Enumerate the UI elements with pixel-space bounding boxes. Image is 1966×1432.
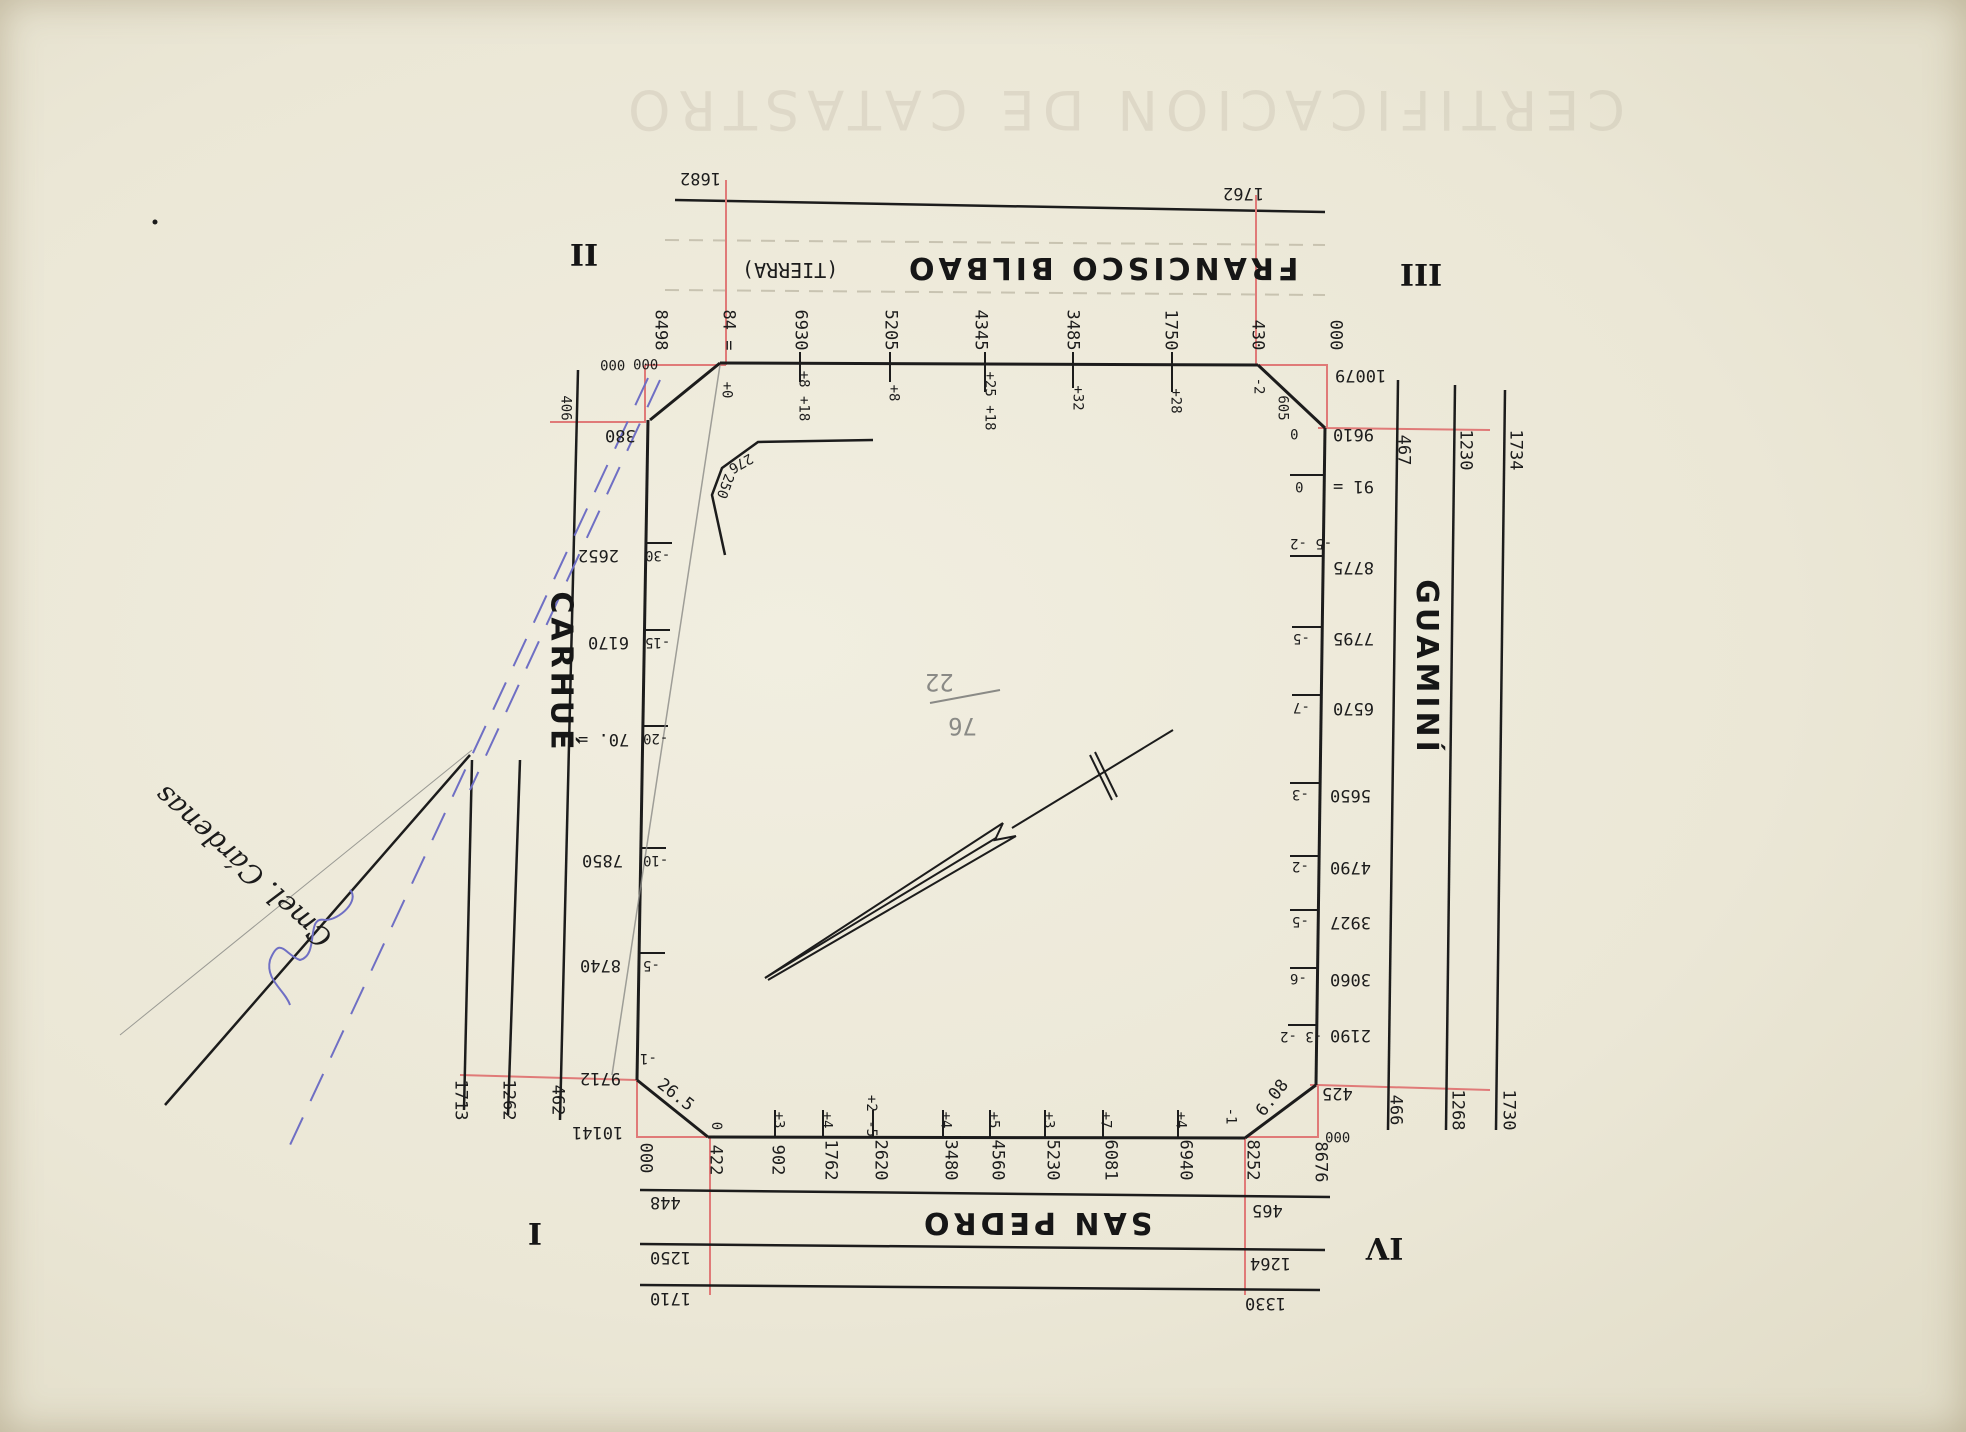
scanned-sheet: CERTIFICACION DE CATASTRO (0, 0, 1966, 1432)
quadrant-label-bottom-left: I (528, 1215, 542, 1250)
right-chainage: 9610 (1333, 424, 1374, 444)
left-outer-dim-top: 406 (558, 395, 574, 420)
right-offset: -7 (1293, 699, 1310, 715)
top-outer-dim-left: 1682 (680, 168, 721, 188)
street-note-top: (TIERRA) (742, 258, 838, 282)
right-corner-top: 10079 (1335, 365, 1386, 385)
pencil-fraction-denominator: 76 (948, 712, 977, 740)
stray-dot (153, 220, 158, 225)
bottom-chainage: 2620 (870, 1140, 890, 1181)
left-chainage: 8740 (580, 955, 621, 975)
bottom-outer-dim-right: 1264 (1250, 1253, 1291, 1273)
left-outer-dim-bottom: 1262 (498, 1080, 518, 1121)
bottom-offset: +5 (985, 1112, 1001, 1129)
bottom-offset: +3 (770, 1112, 786, 1129)
top-offset: +25 +18 (982, 371, 998, 430)
top-chainage: 84 = (718, 310, 738, 351)
guamini-street-lines (1388, 380, 1505, 1130)
bottom-outer-dim-right: 465 (1252, 1200, 1283, 1220)
bottom-chainage: 6081 (1100, 1140, 1120, 1181)
bottom-outer-dim-left: 448 (650, 1192, 681, 1212)
north-arrow (765, 730, 1173, 980)
right-offset: -6 (1290, 970, 1307, 986)
blue-dashed-line (290, 378, 660, 1145)
left-offset: -30 (645, 547, 670, 563)
top-corner-left: 8498 (650, 310, 670, 351)
bottom-corner-right: 8676 (1310, 1142, 1330, 1183)
top-chainage: 5205 (880, 310, 900, 351)
top-chainage: 430 (1247, 320, 1267, 351)
right-offset: 0 (1290, 425, 1298, 441)
street-name-bottom: SAN PEDRO (920, 1205, 1152, 1240)
top-offset: +28 (1168, 388, 1184, 413)
pencil-fraction-numerator: 22 (925, 668, 954, 696)
bottom-chainage: 902 (767, 1145, 787, 1176)
bottom-ticks (775, 1110, 1178, 1137)
right-outer-dim-top: 1230 (1455, 430, 1475, 471)
top-outer-dim-right: 1762 (1223, 183, 1264, 203)
left-offset: -1 (640, 1050, 657, 1066)
top-chainage: 6930 (790, 310, 810, 351)
right-outer-dim-bottom: 466 (1385, 1095, 1405, 1126)
bottom-outer-dim-left: 1250 (650, 1247, 691, 1267)
left-chainage: 9712 (580, 1068, 621, 1088)
bottom-offset: 0 (708, 1122, 724, 1130)
bottom-chainage: 8252 (1242, 1140, 1262, 1181)
right-offset: -3 -2 (1280, 1028, 1322, 1044)
right-chainage: 5650 (1330, 785, 1371, 805)
top-offset: -2 (1250, 378, 1266, 395)
right-outer-dim-top: 1734 (1505, 430, 1525, 471)
bottom-offset: +4 (937, 1112, 953, 1129)
right-chainage: 7795 (1333, 628, 1374, 648)
pencil-diagonal (612, 365, 720, 1075)
bottom-offset: -1 (1222, 1108, 1238, 1125)
left-outer-dim-bottom: 1713 (450, 1080, 470, 1121)
bottom-chainage: 4560 (987, 1140, 1007, 1181)
quadrant-label-top-left: II (570, 236, 598, 271)
street-name-left: CARHUÉ (544, 591, 579, 753)
top-offset: +8 (885, 385, 901, 402)
left-chainage: 2652 (578, 545, 619, 565)
left-chainage: 6170 (588, 632, 629, 652)
bottom-chainage: 5230 (1042, 1140, 1062, 1181)
right-chainage: 6570 (1333, 698, 1374, 718)
bottom-outer-dim-right: 1330 (1245, 1293, 1286, 1313)
left-corner-bottom: 10141 (572, 1122, 623, 1142)
block-outline (637, 363, 1325, 1138)
bottom-corner-left: 000 (635, 1143, 655, 1174)
right-offset: -3 (1292, 786, 1309, 802)
bottom-offset: +4 (818, 1112, 834, 1129)
right-chainage: 91 = (1333, 476, 1374, 496)
top-offset: +0 (718, 382, 734, 399)
left-offset: -20 (643, 730, 668, 746)
left-chainage: 70. = (578, 729, 629, 749)
right-outer-dim-bottom: 1268 (1447, 1090, 1467, 1131)
right-outer-dim-top: 467 (1393, 435, 1413, 466)
top-chainage: 3485 (1062, 310, 1082, 351)
right-chainage: 425 (1322, 1083, 1353, 1103)
bottom-offset: +3 (1040, 1112, 1056, 1129)
bottom-chainage: 3480 (940, 1140, 960, 1181)
left-offset: -10 (643, 852, 668, 868)
bottom-outer-dim-left: 1710 (650, 1288, 691, 1308)
bottom-chainage: 1762 (820, 1140, 840, 1181)
right-chainage: 3927 (1330, 912, 1371, 932)
right-offset: -2 (1292, 858, 1309, 874)
top-corner-left-zero: 000 (633, 355, 658, 371)
right-offset: -5 (1293, 630, 1310, 646)
right-chamfer: 605 (1275, 395, 1291, 420)
right-offset: -5 (1292, 913, 1309, 929)
bottom-chainage: 6940 (1175, 1140, 1195, 1181)
left-corner-top: 000 (600, 356, 625, 372)
quadrant-label-bottom-right: IV (1366, 1230, 1403, 1265)
right-outer-dim-bottom: 1730 (1498, 1090, 1518, 1131)
right-offset: 0 (1295, 478, 1303, 494)
top-corner-right: 000 (1325, 320, 1345, 351)
bottom-chainage: 422 (705, 1145, 725, 1176)
bottom-offset: +7 (1097, 1112, 1113, 1129)
street-name-top: FRANCISCO BILBAO (905, 250, 1298, 285)
top-offset: +32 (1070, 385, 1086, 410)
right-chainage: 2190 (1330, 1025, 1371, 1045)
left-outer-dim-bottom: 462 (547, 1085, 567, 1116)
top-chainage: 4345 (970, 310, 990, 351)
quadrant-label-top-right: III (1400, 256, 1442, 291)
left-offset: -5 (643, 957, 660, 973)
street-name-right: GUAMINÍ (1409, 579, 1444, 756)
right-offset: -5 -2 (1290, 535, 1332, 551)
left-offset: -15 (645, 634, 670, 650)
bottom-offset: +4 (1172, 1112, 1188, 1129)
right-chainage: 3060 (1330, 969, 1371, 989)
right-chainage: 8775 (1333, 557, 1374, 577)
right-chainage: 4790 (1330, 857, 1371, 877)
left-chainage: 7850 (582, 850, 623, 870)
bottom-offset: +2 -5 (863, 1095, 879, 1137)
top-chainage: 1750 (1160, 310, 1180, 351)
top-offset: +8 +18 (795, 371, 811, 422)
left-chainage: 380 (605, 425, 636, 445)
